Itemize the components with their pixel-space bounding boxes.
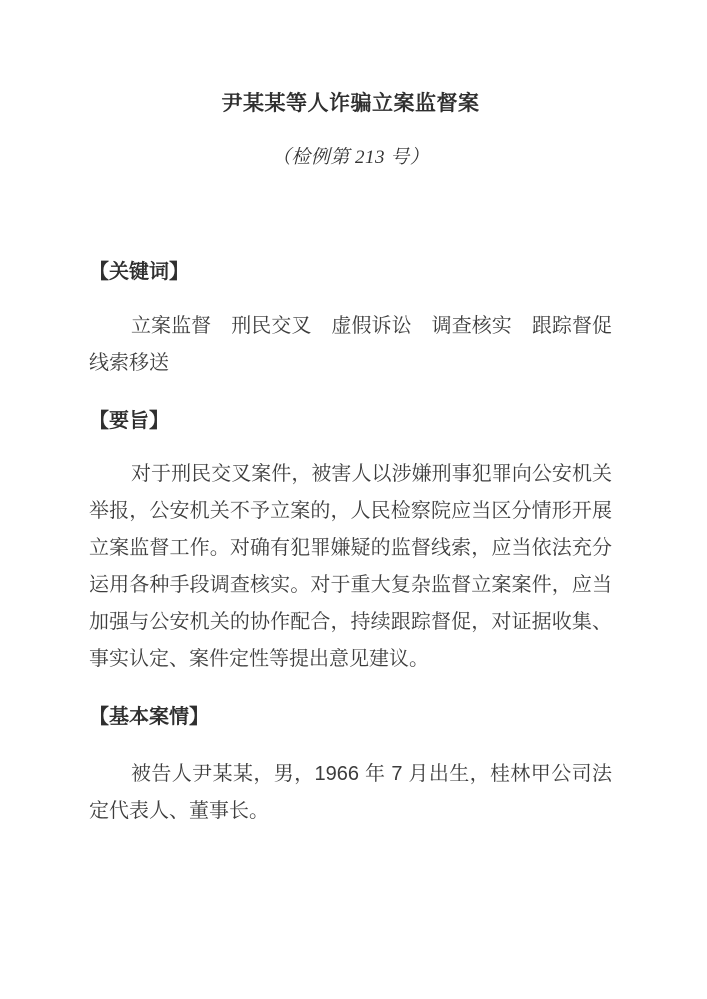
section-gist: 【要旨】 对于刑民交叉案件，被害人以涉嫌刑事犯罪向公安机关举报，公安机关不予立案… — [89, 403, 612, 678]
section-keywords: 【关键词】 立案监督 刑民交叉 虚假诉讼 调查核实 跟踪督促 线索移送 — [89, 254, 612, 382]
document-page: 尹某某等人诈骗立案监督案 （检例第 213 号） 【关键词】 立案监督 刑民交叉… — [0, 0, 707, 999]
document-title: 尹某某等人诈骗立案监督案 — [89, 88, 612, 120]
section-basic-facts: 【基本案情】 被告人尹某某，男，1966 年 7 月出生，桂林甲公司法定代表人、… — [89, 699, 612, 830]
gist-heading: 【要旨】 — [89, 403, 612, 440]
gist-text: 对于刑民交叉案件，被害人以涉嫌刑事犯罪向公安机关举报，公安机关不予立案的，人民检… — [89, 456, 612, 678]
keywords-heading: 【关键词】 — [89, 254, 612, 291]
basic-facts-text: 被告人尹某某，男，1966 年 7 月出生，桂林甲公司法定代表人、董事长。 — [89, 756, 612, 830]
document-subtitle-case-number: （检例第 213 号） — [89, 142, 612, 174]
keywords-text: 立案监督 刑民交叉 虚假诉讼 调查核实 跟踪督促 线索移送 — [89, 308, 612, 382]
basic-facts-heading: 【基本案情】 — [89, 699, 612, 736]
